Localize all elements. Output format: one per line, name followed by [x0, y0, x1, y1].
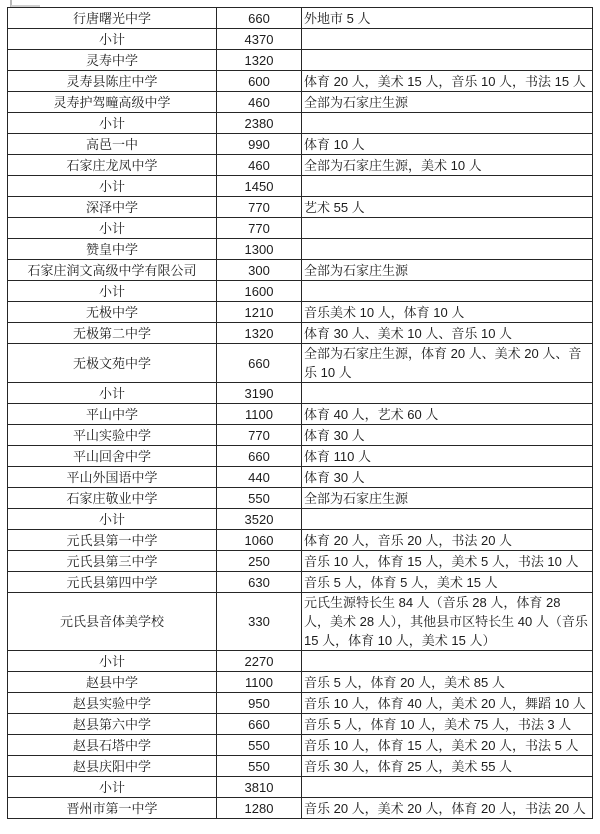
enrollment-count-cell: 1100	[217, 672, 302, 693]
table-row: 石家庄敬业中学550全部为石家庄生源	[8, 488, 593, 509]
special-students-note-cell: 音乐 5 人，体育 20 人，美术 85 人	[302, 672, 593, 693]
subtotal-row: 小计3190	[8, 383, 593, 404]
special-students-note-cell: 全部为石家庄生源	[302, 92, 593, 113]
special-students-note-cell: 音乐 10 人，体育 15 人，美术 20 人，书法 5 人	[302, 735, 593, 756]
enrollment-count-cell: 2270	[217, 651, 302, 672]
enrollment-count-cell: 1600	[217, 281, 302, 302]
school-name-cell: 灵寿县陈庄中学	[8, 71, 217, 92]
special-students-note-cell	[302, 218, 593, 239]
enrollment-count-cell: 3190	[217, 383, 302, 404]
enrollment-count-cell: 1210	[217, 302, 302, 323]
enrollment-count-cell: 630	[217, 572, 302, 593]
table-row: 平山外国语中学440体育 30 人	[8, 467, 593, 488]
table-row: 元氏县第一中学1060体育 20 人，音乐 20 人，书法 20 人	[8, 530, 593, 551]
school-name-cell: 小计	[8, 218, 217, 239]
enrollment-count-cell: 990	[217, 134, 302, 155]
table-row: 平山中学1100体育 40 人，艺术 60 人	[8, 404, 593, 425]
table-body: 行唐曙光中学660外地市 5 人小计4370灵寿中学1320灵寿县陈庄中学600…	[8, 8, 593, 819]
special-students-note-cell	[302, 29, 593, 50]
special-students-note-cell: 音乐 5 人，体育 5 人，美术 15 人	[302, 572, 593, 593]
enrollment-count-cell: 1300	[217, 239, 302, 260]
subtotal-row: 小计3810	[8, 777, 593, 798]
table-row: 石家庄龙凤中学460全部为石家庄生源，美术 10 人	[8, 155, 593, 176]
table-row: 赵县实验中学950音乐 10 人，体育 40 人，美术 20 人，舞蹈 10 人	[8, 693, 593, 714]
special-students-note-cell: 体育 20 人，音乐 20 人，书法 20 人	[302, 530, 593, 551]
school-name-cell: 元氏县第三中学	[8, 551, 217, 572]
table-row: 无极第二中学1320体育 30 人、美术 10 人、音乐 10 人	[8, 323, 593, 344]
school-enrollment-table: 行唐曙光中学660外地市 5 人小计4370灵寿中学1320灵寿县陈庄中学600…	[7, 7, 593, 819]
school-name-cell: 平山回舍中学	[8, 446, 217, 467]
special-students-note-cell: 体育 20 人，美术 15 人，音乐 10 人，书法 15 人	[302, 71, 593, 92]
table-row: 石家庄润文高级中学有限公司300全部为石家庄生源	[8, 260, 593, 281]
special-students-note-cell: 音乐 10 人，体育 40 人，美术 20 人，舞蹈 10 人	[302, 693, 593, 714]
special-students-note-cell: 音乐 30 人，体育 25 人，美术 55 人	[302, 756, 593, 777]
enrollment-count-cell: 770	[217, 218, 302, 239]
special-students-note-cell: 音乐 10 人，体育 15 人，美术 5 人，书法 10 人	[302, 551, 593, 572]
school-name-cell: 灵寿护驾疃高级中学	[8, 92, 217, 113]
special-students-note-cell	[302, 651, 593, 672]
document-page: 行唐曙光中学660外地市 5 人小计4370灵寿中学1320灵寿县陈庄中学600…	[0, 0, 600, 834]
enrollment-count-cell: 1280	[217, 798, 302, 819]
school-name-cell: 小计	[8, 509, 217, 530]
subtotal-row: 小计2270	[8, 651, 593, 672]
special-students-note-cell	[302, 113, 593, 134]
special-students-note-cell	[302, 239, 593, 260]
table-row: 无极文苑中学660全部为石家庄生源，体育 20 人、美术 20 人、音乐 10 …	[8, 344, 593, 383]
school-name-cell: 小计	[8, 29, 217, 50]
school-name-cell: 平山中学	[8, 404, 217, 425]
school-name-cell: 赵县第六中学	[8, 714, 217, 735]
subtotal-row: 小计770	[8, 218, 593, 239]
enrollment-count-cell: 660	[217, 714, 302, 735]
school-name-cell: 灵寿中学	[8, 50, 217, 71]
special-students-note-cell	[302, 281, 593, 302]
subtotal-row: 小计1450	[8, 176, 593, 197]
table-row: 赵县庆阳中学550音乐 30 人，体育 25 人，美术 55 人	[8, 756, 593, 777]
school-name-cell: 元氏县第一中学	[8, 530, 217, 551]
school-name-cell: 平山实验中学	[8, 425, 217, 446]
school-name-cell: 行唐曙光中学	[8, 8, 217, 29]
special-students-note-cell: 全部为石家庄生源	[302, 488, 593, 509]
special-students-note-cell: 体育 40 人，艺术 60 人	[302, 404, 593, 425]
enrollment-count-cell: 550	[217, 756, 302, 777]
table-row: 灵寿护驾疃高级中学460全部为石家庄生源	[8, 92, 593, 113]
table-row: 灵寿中学1320	[8, 50, 593, 71]
special-students-note-cell: 全部为石家庄生源	[302, 260, 593, 281]
subtotal-row: 小计1600	[8, 281, 593, 302]
enrollment-count-cell: 460	[217, 155, 302, 176]
special-students-note-cell: 元氏生源特长生 84 人（音乐 28 人，体育 28 人，美术 28 人），其他…	[302, 593, 593, 651]
school-name-cell: 小计	[8, 651, 217, 672]
enrollment-count-cell: 1060	[217, 530, 302, 551]
table-row: 深泽中学770艺术 55 人	[8, 197, 593, 218]
enrollment-count-cell: 1320	[217, 323, 302, 344]
enrollment-count-cell: 1320	[217, 50, 302, 71]
school-name-cell: 元氏县音体美学校	[8, 593, 217, 651]
special-students-note-cell: 体育 10 人	[302, 134, 593, 155]
school-name-cell: 元氏县第四中学	[8, 572, 217, 593]
school-name-cell: 小计	[8, 777, 217, 798]
enrollment-count-cell: 600	[217, 71, 302, 92]
table-row: 平山回舍中学660体育 110 人	[8, 446, 593, 467]
special-students-note-cell: 全部为石家庄生源，体育 20 人、美术 20 人、音乐 10 人	[302, 344, 593, 383]
table-row: 赵县第六中学660音乐 5 人，体育 10 人，美术 75 人，书法 3 人	[8, 714, 593, 735]
table-row: 元氏县第三中学250音乐 10 人，体育 15 人，美术 5 人，书法 10 人	[8, 551, 593, 572]
special-students-note-cell	[302, 176, 593, 197]
subtotal-row: 小计2380	[8, 113, 593, 134]
enrollment-count-cell: 330	[217, 593, 302, 651]
special-students-note-cell: 体育 30 人	[302, 425, 593, 446]
school-name-cell: 小计	[8, 176, 217, 197]
special-students-note-cell: 音乐美术 10 人，体育 10 人	[302, 302, 593, 323]
school-name-cell: 小计	[8, 383, 217, 404]
enrollment-count-cell: 300	[217, 260, 302, 281]
enrollment-count-cell: 3520	[217, 509, 302, 530]
school-name-cell: 平山外国语中学	[8, 467, 217, 488]
enrollment-count-cell: 3810	[217, 777, 302, 798]
table-row: 元氏县音体美学校330元氏生源特长生 84 人（音乐 28 人，体育 28 人，…	[8, 593, 593, 651]
table-row: 晋州市第一中学1280音乐 20 人，美术 20 人，体育 20 人，书法 20…	[8, 798, 593, 819]
school-name-cell: 小计	[8, 113, 217, 134]
subtotal-row: 小计3520	[8, 509, 593, 530]
school-name-cell: 晋州市第一中学	[8, 798, 217, 819]
school-name-cell: 石家庄龙凤中学	[8, 155, 217, 176]
enrollment-count-cell: 550	[217, 488, 302, 509]
table-row: 平山实验中学770体育 30 人	[8, 425, 593, 446]
enrollment-count-cell: 440	[217, 467, 302, 488]
enrollment-count-cell: 2380	[217, 113, 302, 134]
enrollment-count-cell: 460	[217, 92, 302, 113]
enrollment-count-cell: 950	[217, 693, 302, 714]
school-name-cell: 石家庄敬业中学	[8, 488, 217, 509]
subtotal-row: 小计4370	[8, 29, 593, 50]
enrollment-count-cell: 660	[217, 446, 302, 467]
enrollment-count-cell: 4370	[217, 29, 302, 50]
special-students-note-cell: 全部为石家庄生源，美术 10 人	[302, 155, 593, 176]
enrollment-count-cell: 660	[217, 8, 302, 29]
enrollment-count-cell: 1450	[217, 176, 302, 197]
school-name-cell: 深泽中学	[8, 197, 217, 218]
school-name-cell: 赵县石塔中学	[8, 735, 217, 756]
enrollment-count-cell: 250	[217, 551, 302, 572]
school-name-cell: 赞皇中学	[8, 239, 217, 260]
school-name-cell: 赵县中学	[8, 672, 217, 693]
table-row: 赵县石塔中学550音乐 10 人，体育 15 人，美术 20 人，书法 5 人	[8, 735, 593, 756]
enrollment-count-cell: 770	[217, 197, 302, 218]
school-name-cell: 高邑一中	[8, 134, 217, 155]
table-row: 灵寿县陈庄中学600体育 20 人，美术 15 人，音乐 10 人，书法 15 …	[8, 71, 593, 92]
special-students-note-cell	[302, 509, 593, 530]
school-name-cell: 无极文苑中学	[8, 344, 217, 383]
special-students-note-cell: 音乐 20 人，美术 20 人，体育 20 人，书法 20 人	[302, 798, 593, 819]
special-students-note-cell: 体育 110 人	[302, 446, 593, 467]
table-row: 无极中学1210音乐美术 10 人，体育 10 人	[8, 302, 593, 323]
enrollment-count-cell: 660	[217, 344, 302, 383]
table-row: 元氏县第四中学630音乐 5 人，体育 5 人，美术 15 人	[8, 572, 593, 593]
special-students-note-cell: 体育 30 人	[302, 467, 593, 488]
school-name-cell: 无极第二中学	[8, 323, 217, 344]
table-row: 赞皇中学1300	[8, 239, 593, 260]
special-students-note-cell: 音乐 5 人，体育 10 人，美术 75 人，书法 3 人	[302, 714, 593, 735]
special-students-note-cell: 外地市 5 人	[302, 8, 593, 29]
enrollment-count-cell: 550	[217, 735, 302, 756]
enrollment-count-cell: 770	[217, 425, 302, 446]
school-name-cell: 石家庄润文高级中学有限公司	[8, 260, 217, 281]
table-row: 赵县中学1100音乐 5 人，体育 20 人，美术 85 人	[8, 672, 593, 693]
table-row: 行唐曙光中学660外地市 5 人	[8, 8, 593, 29]
enrollment-count-cell: 1100	[217, 404, 302, 425]
school-name-cell: 赵县庆阳中学	[8, 756, 217, 777]
special-students-note-cell	[302, 50, 593, 71]
special-students-note-cell: 体育 30 人、美术 10 人、音乐 10 人	[302, 323, 593, 344]
school-name-cell: 小计	[8, 281, 217, 302]
special-students-note-cell	[302, 777, 593, 798]
special-students-note-cell: 艺术 55 人	[302, 197, 593, 218]
school-name-cell: 赵县实验中学	[8, 693, 217, 714]
special-students-note-cell	[302, 383, 593, 404]
table-row: 高邑一中990体育 10 人	[8, 134, 593, 155]
school-name-cell: 无极中学	[8, 302, 217, 323]
